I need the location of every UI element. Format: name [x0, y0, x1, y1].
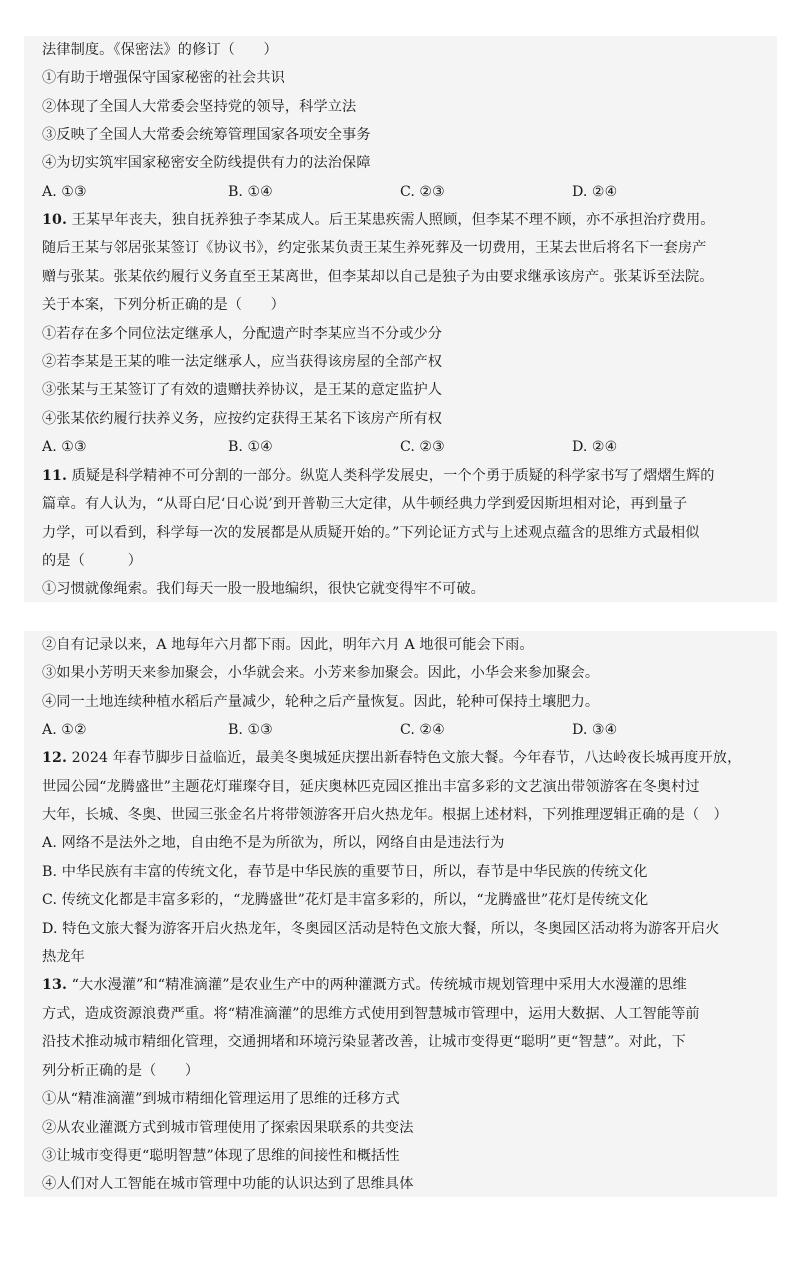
q12-option-b: B. 中华民族有丰富的传统文化，春节是中华民族的重要节日，所以，春节是中华民族的…: [42, 858, 648, 886]
q12-stem-text: 2024 年春节脚步日益临近，最美冬奥城延庆摆出新春特色文旅大餐。今年春节，八达…: [72, 750, 742, 766]
q9-item-4: ④为切实筑牢国家秘密安全防线提供有力的法治保障: [42, 149, 371, 177]
q9-stem-tail: 法律制度。《保密法》的修订（ ）: [42, 36, 278, 64]
q9-item-3: ③反映了全国人大常委会统筹管理国家各项安全事务: [42, 121, 371, 149]
q10-stem-line-2: 随后王某与邻居张某签订《协议书》，约定张某负责王某生养死葬及一切费用，王某去世后…: [42, 234, 706, 262]
q9-item-2: ②体现了全国人大常委会坚持党的领导，科学立法: [42, 93, 356, 121]
q11-stem-text: 质疑是科学精神不可分割的一部分。纵览人类科学发展史，一个个勇于质疑的科学家书写了…: [72, 468, 715, 484]
q13-item-1: ①从“精准滴灌”到城市精细化管理运用了思维的迁移方式: [42, 1085, 400, 1113]
q11-stem-line-1: 11. 质疑是科学精神不可分割的一部分。纵览人类科学发展史，一个个勇于质疑的科学…: [42, 462, 715, 490]
q10-option-c: C. ②③: [400, 433, 445, 461]
q11-option-a: A. ①②: [42, 716, 87, 744]
q12-option-d-cont: 热龙年: [42, 943, 85, 971]
q9-option-d: D. ②④: [572, 178, 617, 206]
q13-item-4: ④人们对人工智能在城市管理中功能的认识达到了思维具体: [42, 1170, 413, 1198]
q10-item-2: ②若李某是王某的唯一法定继承人，应当获得该房屋的全部产权: [42, 348, 442, 376]
q11-item-2: ②自有记录以来，A 地每年六月都下雨。因此，明年六月 A 地很可能会下雨。: [42, 631, 534, 659]
q11-option-c: C. ②④: [400, 716, 445, 744]
q10-item-1: ①若存在多个同位法定继承人，分配遗产时李某应当不分或少分: [42, 320, 442, 348]
q11-number: 11.: [42, 468, 67, 484]
q9-options: A. ①③ B. ①④ C. ②③ D. ②④: [42, 178, 782, 206]
q12-option-d: D. 特色文旅大餐为游客开启火热龙年，冬奥园区活动是特色文旅大餐，所以，冬奥园区…: [42, 915, 719, 943]
q12-stem-line-1: 12. 2024 年春节脚步日益临近，最美冬奥城延庆摆出新春特色文旅大餐。今年春…: [42, 744, 741, 772]
q10-stem-line-1: 10. 王某早年丧夫，独自抚养独子李某成人。后王某患疾需人照顾，但李某不理不顾，…: [42, 206, 715, 234]
q13-stem-line-3: 沿技术推动城市精细化管理，交通拥堵和环境污染显著改善，让城市变得更“聪明”更“智…: [42, 1028, 686, 1056]
q10-option-d: D. ②④: [572, 433, 617, 461]
q13-stem-line-4: 列分析正确的是（ ）: [42, 1057, 199, 1085]
q13-stem-text: “大水漫灌”和“精准滴灌”是农业生产中的两种灌溉方式。传统城市规划管理中采用大水…: [72, 977, 687, 993]
q9-option-a: A. ①③: [42, 178, 87, 206]
q13-number: 13.: [42, 977, 67, 993]
q10-stem-text: 王某早年丧夫，独自抚养独子李某成人。后王某患疾需人照顾，但李某不理不顾，亦不承担…: [72, 212, 715, 228]
q10-item-4: ④张某依约履行扶养义务，应按约定获得王某名下该房产所有权: [42, 405, 442, 433]
q11-option-d: D. ③④: [572, 716, 617, 744]
q10-option-a: A. ①③: [42, 433, 87, 461]
q13-stem-line-1: 13. “大水漫灌”和“精准滴灌”是农业生产中的两种灌溉方式。传统城市规划管理中…: [42, 971, 687, 999]
q11-item-4: ④同一土地连续种植水稻后产量减少，轮种之后产量恢复。因此，轮种可保持土壤肥力。: [42, 688, 599, 716]
q13-item-3: ③让城市变得更“聪明智慧”体现了思维的间接性和概括性: [42, 1142, 400, 1170]
q10-stem-line-3: 赠与张某。张某依约履行义务直至王某离世，但李某却以自己是独子为由要求继承该房产。…: [42, 263, 714, 291]
q12-stem-line-2: 世园公园“龙腾盛世”主题花灯璀璨夺目，延庆奥林匹克园区推出丰富多彩的文艺演出带领…: [42, 773, 700, 801]
q11-options: A. ①② B. ①③ C. ②④ D. ③④: [42, 716, 782, 744]
q12-option-a: A. 网络不是法外之地，自由绝不是为所欲为，所以，网络自由是违法行为: [42, 829, 504, 857]
q9-option-c: C. ②③: [400, 178, 445, 206]
q12-option-c: C. 传统文化都是丰富多彩的，“龙腾盛世”花灯是丰富多彩的，所以，“龙腾盛世”花…: [42, 886, 648, 914]
q10-option-b: B. ①④: [228, 433, 273, 461]
page-panel-2: ②自有记录以来，A 地每年六月都下雨。因此，明年六月 A 地很可能会下雨。 ③如…: [24, 631, 777, 1197]
q10-stem-line-4: 关于本案，下列分析正确的是（ ）: [42, 291, 285, 319]
q11-stem-line-2: 篇章。有人认为，“从哥白尼‘日心说’到开普勒三大定律，从牛顿经典力学到爱因斯坦相…: [42, 490, 687, 518]
q11-item-1: ①习惯就像绳索。我们每天一股一股地编织，很快它就变得牢不可破。: [42, 575, 485, 603]
q12-stem-line-3: 大年，长城、冬奥、世园三张金名片将带领游客开启火热龙年。根据上述材料，下列推理逻…: [42, 801, 728, 829]
q10-options: A. ①③ B. ①④ C. ②③ D. ②④: [42, 433, 782, 461]
q13-item-2: ②从农业灌溉方式到城市管理使用了探索因果联系的共变法: [42, 1114, 413, 1142]
q10-item-3: ③张某与王某签订了有效的遗赠扶养协议，是王某的意定监护人: [42, 376, 442, 404]
q10-number: 10.: [42, 212, 67, 228]
q11-stem-line-4: 的是（ ）: [42, 547, 142, 575]
q11-stem-line-3: 力学，可以看到，科学每一次的发展都是从质疑开始的。”下列论证方式与上述观点蕴含的…: [42, 519, 699, 547]
q12-number: 12.: [42, 750, 67, 766]
q13-stem-line-2: 方式，造成资源浪费严重。将“精准滴灌”的思维方式使用到智慧城市管理中，运用大数据…: [42, 1000, 700, 1028]
q9-item-1: ①有助于增强保守国家秘密的社会共识: [42, 64, 285, 92]
q11-item-3: ③如果小芳明天来参加聚会，小华就会来。小芳来参加聚会。因此，小华会来参加聚会。: [42, 659, 599, 687]
q9-option-b: B. ①④: [228, 178, 273, 206]
q11-option-b: B. ①③: [228, 716, 273, 744]
page-panel-1: 法律制度。《保密法》的修订（ ） ①有助于增强保守国家秘密的社会共识 ②体现了全…: [24, 36, 777, 602]
